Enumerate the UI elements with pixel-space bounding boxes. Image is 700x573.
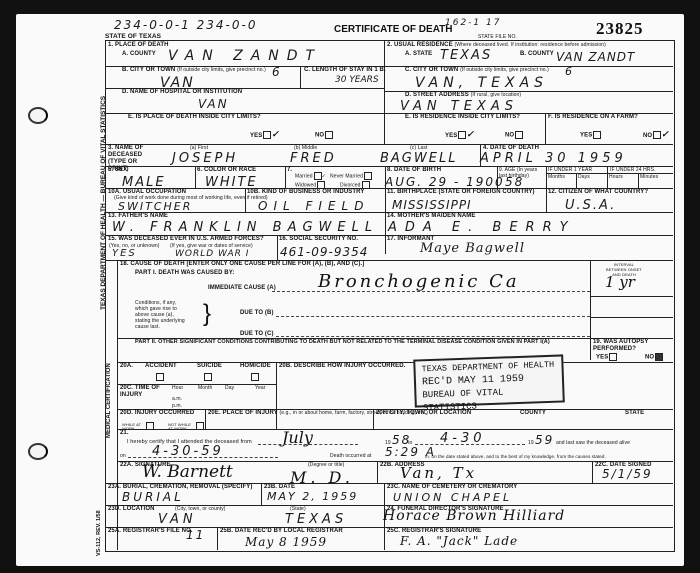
res-street-label: d. STREET ADDRESS — [405, 92, 469, 98]
checkbox-icon[interactable] — [515, 131, 523, 139]
cemetery: UNION CHAPEL — [393, 491, 512, 504]
certificate-number: 23825 — [596, 19, 644, 39]
checkbox-icon[interactable] — [609, 353, 617, 361]
day-label: Day — [225, 385, 234, 392]
physician-address: Van, Tx — [400, 464, 477, 482]
received-stamp: TEXAS DEPARTMENT OF HEALTH REC'D MAY 11 … — [413, 354, 565, 407]
mother-name: ADA E. BERRY — [388, 220, 576, 235]
suicide-checkbox[interactable] — [204, 373, 212, 381]
checkbox-icon[interactable] — [364, 172, 372, 180]
registrar-file-no: 11 — [186, 528, 205, 542]
checkbox-checked-icon[interactable] — [314, 172, 322, 180]
injury-occurred-label: 20d. INJURY OCCURRED — [120, 410, 194, 417]
mother-label: 14. MOTHER'S MAIDEN NAME — [387, 213, 476, 220]
checkbox-checked-icon[interactable] — [653, 131, 661, 139]
burial-state: TEXAS — [285, 512, 347, 527]
res-state: TEXAS — [440, 48, 492, 63]
hospital-label: d. NAME OF HOSPITAL OR INSTITUTION — [122, 89, 272, 96]
checkbox-icon[interactable] — [325, 131, 333, 139]
marital-never-married[interactable]: Never Married — [330, 172, 372, 180]
burial-location: VAN — [158, 512, 197, 527]
registrar-signature: F. A. "Jack" Lade — [400, 534, 518, 548]
age: 58 — [505, 175, 524, 189]
father-name: W. FRANKLIN BAGWELL — [112, 220, 378, 235]
res-city: VAN, TEXAS — [415, 75, 548, 91]
birthplace-label: 11. BIRTHPLACE (State or foreign country… — [387, 189, 535, 196]
form-revision: VS-112, REV. 1/58 — [96, 510, 102, 556]
citizen-label: 12. CITIZEN OF WHAT COUNTRY? — [548, 189, 648, 196]
death-occurred-label: Death occurred at — [330, 453, 371, 460]
state-file-no-handwritten: 162-1 17 — [445, 18, 501, 28]
ssn: 461-09-9354 — [280, 245, 368, 259]
death-inside-city-yes[interactable]: YES✓ — [250, 131, 279, 140]
place-of-death-label: 1. PLACE OF DEATH — [108, 42, 169, 49]
burial-type: BURIAL — [122, 490, 184, 504]
immediate-cause-label: IMMEDIATE CAUSE (a) — [208, 285, 276, 292]
homicide-checkbox[interactable] — [251, 373, 259, 381]
length-of-stay: 30 YEARS — [335, 75, 379, 85]
on-farm-label: f. IS RESIDENCE ON A FARM? — [548, 114, 638, 121]
birth-date-label: 8. DATE OF BIRTH — [387, 167, 441, 174]
war-service: WORLD WAR I — [175, 249, 249, 259]
registrar-file-no-label: 25a. REGISTRAR'S FILE NO. — [108, 528, 193, 535]
last-name: BAGWELL — [380, 151, 457, 166]
race-label: 6. COLOR OR RACE — [197, 167, 256, 174]
checkbox-checked-icon[interactable] — [655, 353, 663, 361]
res-county: VAN ZANDT — [556, 50, 635, 64]
checkbox-icon[interactable] — [593, 131, 601, 139]
res-precinct: 6 — [565, 65, 574, 78]
due-to-b-label: DUE TO (b) — [240, 310, 274, 317]
describe-injury-label: 20b. DESCRIBE HOW INJURY OCCURRED. — [279, 363, 405, 370]
punch-hole-icon — [28, 443, 48, 460]
part2-label: PART II. OTHER SIGNIFICANT CONDITIONS CO… — [135, 339, 550, 346]
res-street: VAN TEXAS — [400, 99, 518, 114]
part1-label: PART I. DEATH WAS CAUSED BY: — [135, 270, 234, 277]
autopsy-no[interactable]: NO — [645, 353, 663, 362]
certification-text2: and last saw the deceased alive — [556, 440, 630, 447]
physician-degree: M. D. — [290, 468, 354, 487]
conditions-note: Conditions, if any, which gave rise to a… — [135, 300, 185, 330]
city-label: b. CITY OR TOWN (If outside city limits,… — [122, 67, 266, 74]
punch-hole-icon — [28, 107, 48, 124]
birth-date: AUG. 29 - 1900 — [385, 175, 505, 189]
burial-location-label: 23d. LOCATION — [108, 506, 155, 513]
state-header: STATE OF TEXAS — [105, 33, 161, 40]
checkbox-checked-icon[interactable] — [263, 131, 271, 139]
sex-label: 5. SEX — [108, 167, 127, 174]
autopsy-label: 19. WAS AUTOPSY PERFORMED? — [593, 339, 668, 353]
immediate-cause: Bronchogenic Ca — [318, 271, 520, 292]
interval: 1 yr — [605, 273, 635, 291]
res-inside-city-no[interactable]: NO — [505, 131, 523, 140]
birthplace: MISSISSIPPI — [392, 198, 472, 212]
res-city-label: c. CITY OR TOWN — [405, 67, 458, 73]
bracket-icon: } — [203, 300, 211, 328]
cause-of-death-label: 18. CAUSE OF DEATH [Enter only one cause… — [120, 261, 364, 268]
res-inside-city-label: e. IS RESIDENCE INSIDE CITY LIMITS? — [405, 114, 520, 121]
citizen: U.S.A. — [565, 198, 616, 213]
attended-to-year: 59 — [535, 433, 554, 447]
res-county-label: b. COUNTY — [520, 51, 554, 58]
stay-label: c. LENGTH OF STAY in 1 b. — [304, 67, 386, 74]
industry: OIL FIELD — [258, 199, 369, 213]
accident-checkbox[interactable] — [156, 373, 164, 381]
physician-signature: W. Barnett — [142, 462, 233, 482]
marital-label: 7. — [287, 167, 292, 174]
homicide-label: HOMICIDE — [240, 363, 271, 370]
county-label: a. COUNTY — [122, 51, 156, 58]
on-farm-no[interactable]: NO✓ — [643, 131, 669, 140]
death-county: VAN ZANDT — [168, 48, 322, 64]
hospital: VAN — [198, 97, 229, 111]
date-of-death: APRIL 30 1959 — [480, 151, 627, 166]
res-inside-city-yes[interactable]: YES✓ — [445, 131, 474, 140]
days-label: Days — [578, 174, 590, 181]
place-of-injury-label: 20e. PLACE OF INJURY — [208, 410, 278, 416]
first-name: JOSEPH — [172, 151, 238, 166]
hour-label: Hour — [172, 385, 183, 392]
year-label: Year — [255, 385, 266, 392]
date-signed: 5/1/59 — [602, 467, 653, 481]
suicide-label: SUICIDE — [197, 363, 222, 370]
marital-married[interactable]: Married✓ — [295, 172, 326, 180]
month-label: Month — [198, 385, 212, 392]
middle-name: FRED — [290, 151, 337, 166]
autopsy-yes[interactable]: YES — [596, 353, 617, 362]
injury-state-label: STATE — [625, 410, 644, 417]
accident-label: ACCIDENT — [145, 363, 177, 370]
cemetery-label: 23c. NAME OF CEMETERY OR CREMATORY — [387, 484, 517, 491]
on-farm-yes[interactable]: YES — [580, 131, 601, 140]
date-received-label: 25b. DATE REC'D BY LOCAL REGISTRAR — [220, 528, 343, 535]
burial-date: MAY 2, 1959 — [267, 490, 358, 503]
months-label: Months — [548, 174, 565, 181]
due-to-c-label: DUE TO (c) — [240, 331, 274, 338]
date-received: May 8 1959 — [245, 535, 327, 549]
father-label: 13. FATHER'S NAME — [108, 213, 168, 220]
res-state-label: a. STATE — [405, 51, 432, 58]
industry-label: 10b. KIND OF BUSINESS OR INDUSTRY — [247, 189, 364, 196]
stamp-line3: BUREAU OF VITAL STATISTICS — [422, 385, 557, 416]
certificate-title: CERTIFICATE OF DEATH — [334, 24, 453, 35]
informant: Maye Bagwell — [420, 241, 525, 256]
hours-label: Hours — [609, 174, 623, 181]
am-pm-label: a.m. p.m. — [172, 396, 186, 410]
death-inside-city-no[interactable]: NO — [315, 131, 333, 140]
certification-text3: m. on the date stated above, and to the … — [425, 453, 606, 460]
certification-label: 21. — [120, 430, 129, 437]
armed-forces-label: 15. WAS DECEASED EVER IN U.S. ARMED FORC… — [108, 236, 264, 243]
armed-forces: YES — [112, 248, 137, 259]
injury-type-label: 20a. — [120, 363, 133, 370]
file-codes: 234-0-0-1 234-0-0 — [114, 18, 257, 32]
inside-city-label: e. IS PLACE OF DEATH INSIDE CITY LIMITS? — [128, 114, 261, 121]
time-of-injury-label: 20c. TIME OF INJURY — [120, 385, 160, 399]
funeral-director-signature: Horace Brown Hilliard — [383, 508, 565, 524]
death-precinct: 6 — [272, 65, 282, 79]
minutes-label: Minutes — [640, 174, 658, 181]
ssn-label: 16. SOCIAL SECURITY NO. — [279, 236, 358, 243]
